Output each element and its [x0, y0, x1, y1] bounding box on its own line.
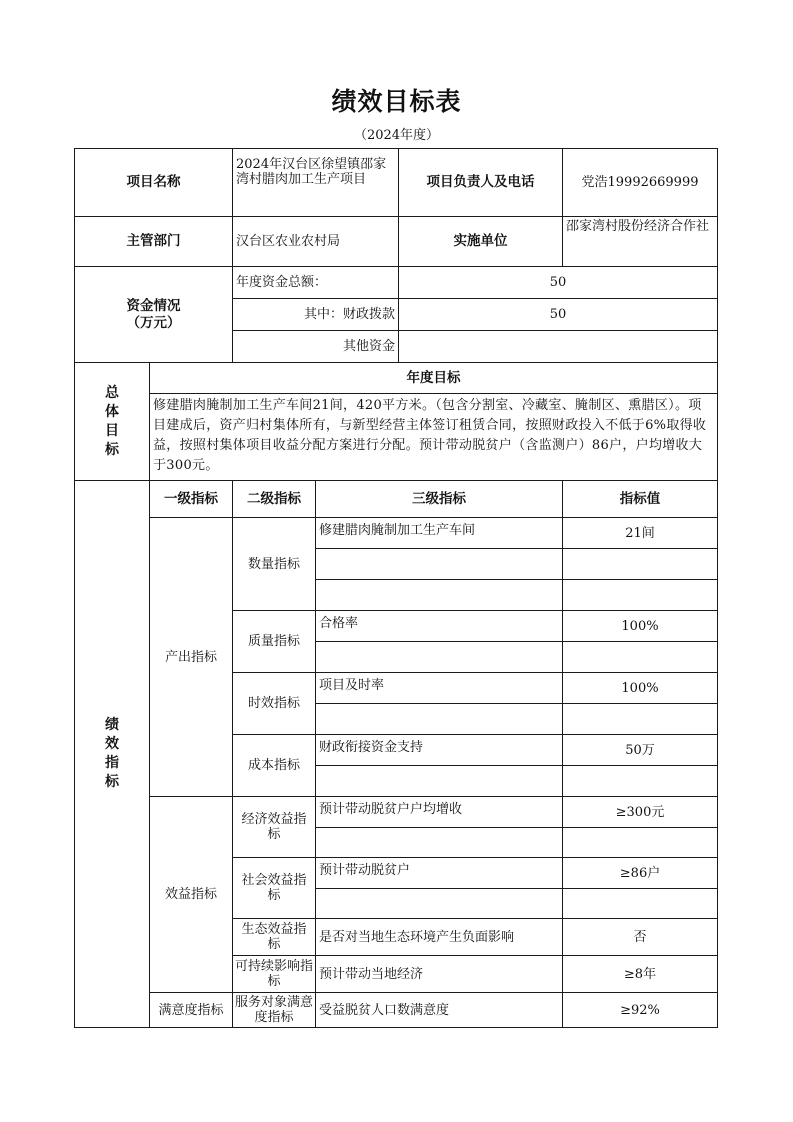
side-char: 体 [78, 403, 146, 422]
indicator-value: 否 [563, 919, 718, 956]
indicator-value: 50万 [563, 735, 718, 766]
document-title: 绩效目标表 [0, 82, 793, 118]
side-char: 效 [78, 735, 146, 754]
funds-total-label: 年度资金总额： [233, 267, 399, 299]
funds-label-line1: 资金情况 [78, 298, 229, 315]
level3-item: 预计带动脱贫户 [316, 858, 563, 889]
overall-goal-side-label: 总 体 目 标 [75, 363, 150, 481]
overall-goal-table: 总 体 目 标 年度目标 修建腊肉腌制加工生产车间21间，420平方米。（包含分… [74, 362, 718, 481]
indicator-value: 21间 [563, 518, 718, 549]
funds-label: 资金情况 （万元） [75, 267, 233, 363]
indicator-value: ≥300元 [563, 797, 718, 828]
side-char: 标 [78, 773, 146, 792]
side-char: 标 [78, 441, 146, 460]
level1-satisfaction: 满意度指标 [150, 993, 233, 1028]
level2-ecological: 生态效益指标 [233, 919, 316, 956]
level3-item: 受益脱贫人口数满意度 [316, 993, 563, 1028]
funds-other-label: 其他资金 [233, 331, 399, 363]
level3-item: 预计带动当地经济 [316, 956, 563, 993]
dept-label: 主管部门 [75, 217, 233, 267]
level3-item [316, 549, 563, 580]
funds-fiscal-value: 50 [399, 299, 718, 331]
level2-timeliness: 时效指标 [233, 673, 316, 735]
funds-other-value [399, 331, 718, 363]
level3-item [316, 889, 563, 919]
level3-item: 财政衔接资金支持 [316, 735, 563, 766]
indicator-value: 100% [563, 611, 718, 642]
indicator-value [563, 704, 718, 735]
basic-info-table: 项目名称 2024年汉台区徐望镇邵家湾村腊肉加工生产项目 项目负责人及电话 党浩… [74, 148, 718, 363]
indicator-value [563, 766, 718, 797]
col-header-level3: 三级指标 [316, 481, 563, 518]
side-char: 目 [78, 422, 146, 441]
indicator-value [563, 642, 718, 673]
project-name-value: 2024年汉台区徐望镇邵家湾村腊肉加工生产项目 [233, 149, 399, 217]
impl-value: 邵家湾村股份经济合作社 [563, 217, 718, 267]
indicators-table: 绩 效 指 标 一级指标 二级指标 三级指标 指标值 产出指标 数量指标 修建腊… [74, 480, 718, 1028]
level2-economic: 经济效益指标 [233, 797, 316, 858]
level3-item [316, 642, 563, 673]
indicator-value [563, 549, 718, 580]
level2-quantity: 数量指标 [233, 518, 316, 611]
level3-item: 预计带动脱贫户户均增收 [316, 797, 563, 828]
level2-quality: 质量指标 [233, 611, 316, 673]
col-header-level1: 一级指标 [150, 481, 233, 518]
level2-sustainability: 可持续影响指标 [233, 956, 316, 993]
indicator-value [563, 889, 718, 919]
side-char: 绩 [78, 716, 146, 735]
level3-item [316, 828, 563, 858]
col-header-level2: 二级指标 [233, 481, 316, 518]
annual-goal-text: 修建腊肉腌制加工生产车间21间，420平方米。（包含分割室、冷藏室、腌制区、熏腊… [150, 394, 718, 481]
indicator-value: ≥92% [563, 993, 718, 1028]
funds-total-value: 50 [399, 267, 718, 299]
level3-item: 是否对当地生态环境产生负面影响 [316, 919, 563, 956]
impl-label: 实施单位 [399, 217, 563, 267]
owner-value: 党浩19992669999 [563, 149, 718, 217]
project-name-label: 项目名称 [75, 149, 233, 217]
indicator-value: 100% [563, 673, 718, 704]
owner-label: 项目负责人及电话 [399, 149, 563, 217]
level2-social: 社会效益指标 [233, 858, 316, 919]
level2-cost: 成本指标 [233, 735, 316, 797]
funds-fiscal-label: 其中：财政拨款 [233, 299, 399, 331]
level1-output: 产出指标 [150, 518, 233, 797]
level2-service-satisfaction: 服务对象满意度指标 [233, 993, 316, 1028]
level3-item: 项目及时率 [316, 673, 563, 704]
col-header-value: 指标值 [563, 481, 718, 518]
dept-value: 汉台区农业农村局 [233, 217, 399, 267]
level3-item [316, 580, 563, 611]
indicator-value [563, 580, 718, 611]
annual-goal-heading: 年度目标 [150, 363, 718, 394]
level3-item [316, 704, 563, 735]
level3-item: 合格率 [316, 611, 563, 642]
side-char: 指 [78, 754, 146, 773]
level1-benefit: 效益指标 [150, 797, 233, 993]
level3-item [316, 766, 563, 797]
indicator-value: ≥86户 [563, 858, 718, 889]
indicator-value [563, 828, 718, 858]
document-subtitle: （2024年度） [0, 124, 793, 143]
indicators-side-label: 绩 效 指 标 [75, 481, 150, 1028]
level3-item: 修建腊肉腌制加工生产车间 [316, 518, 563, 549]
side-char: 总 [78, 384, 146, 403]
funds-label-line2: （万元） [78, 315, 229, 332]
indicator-value: ≥8年 [563, 956, 718, 993]
